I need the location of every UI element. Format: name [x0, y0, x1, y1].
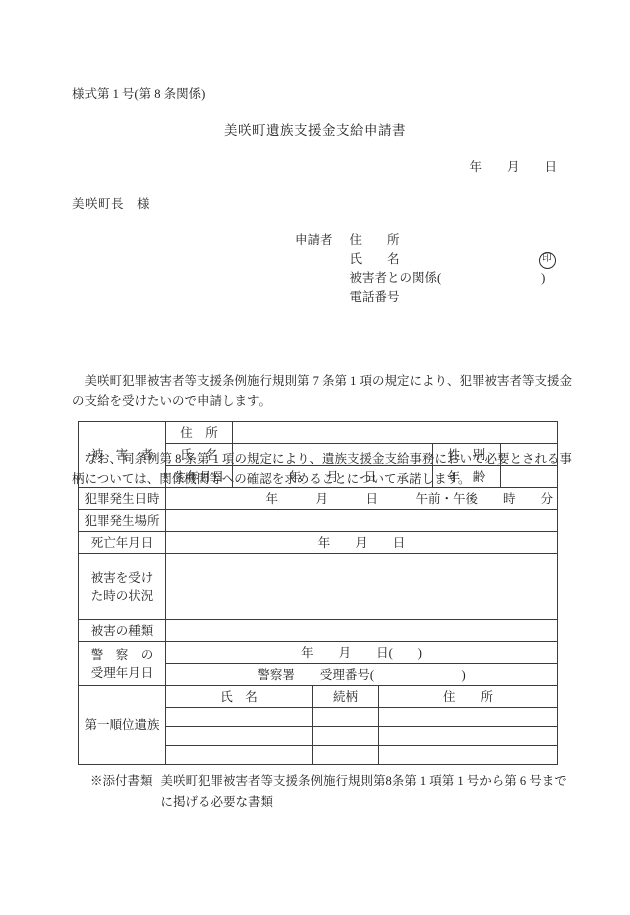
damage-type-value-cell — [166, 620, 558, 642]
bereaved-label-cell: 第一順位遺族 — [79, 686, 166, 765]
footnote-label: ※添付書類 — [90, 771, 153, 812]
applicant-name-row: 氏 名 印 — [350, 250, 556, 269]
page-title: 美咲町遺族支援金支給申請書 — [0, 119, 630, 139]
applicant-address-label: 住 所 — [350, 231, 556, 250]
applicant-block: 申請者 住 所 氏 名 印 被害者との関係( ) 電話番号 — [295, 231, 556, 307]
bereaved-address-cell — [379, 708, 558, 727]
police-receipt-label-cell: 警 察 の 受理年月日 — [79, 642, 166, 686]
death-date-label-cell: 死亡年月日 — [79, 532, 166, 554]
victim-sex-value-cell — [501, 444, 558, 466]
crime-datetime-value-cell: 年 月 日 午前・午後 時 分 — [166, 488, 558, 510]
bereaved-address-header-cell: 住 所 — [379, 686, 558, 708]
victim-birth-label-cell: 生年月日 — [166, 466, 233, 488]
form-number: 様式第 1 号(第 8 条関係) — [72, 84, 205, 102]
victim-address-value-cell — [233, 422, 558, 444]
bereaved-name-cell — [166, 746, 313, 765]
footnote-text: 美咲町犯罪被害者等支援条例施行規則第8条第 1 項第 1 号から第 6 号まで … — [161, 771, 567, 812]
situation-value-cell — [166, 554, 558, 620]
bereaved-relation-cell — [313, 727, 379, 746]
applicant-name-label: 氏 名 — [350, 250, 400, 269]
victim-name-label-cell: 氏 名 — [166, 444, 233, 466]
applicant-lines: 住 所 氏 名 印 被害者との関係( ) 電話番号 — [350, 231, 556, 307]
situation-label-cell: 被害を受け た時の状況 — [79, 554, 166, 620]
bereaved-name-header-cell: 氏 名 — [166, 686, 313, 708]
crime-datetime-label-cell: 犯罪発生日時 — [79, 488, 166, 510]
victim-label-cell: 被 害 者 — [79, 422, 166, 488]
body-paragraph-1: 美咲町犯罪被害者等支援条例施行規則第 7 条第 1 項の規定により、犯罪被害者等… — [72, 372, 577, 411]
bereaved-relation-cell — [313, 708, 379, 727]
date-line: 年 月 日 — [0, 157, 557, 175]
victim-age-value-cell — [501, 466, 558, 488]
bereaved-name-cell — [166, 727, 313, 746]
victim-sex-label-cell: 性 別 — [433, 444, 501, 466]
bereaved-address-cell — [379, 727, 558, 746]
seal-stamp-icon: 印 — [539, 252, 556, 269]
police-receipt-office-cell: 警察署 受理番号( ) — [166, 664, 558, 686]
victim-name-value-cell — [233, 444, 433, 466]
crime-place-value-cell — [166, 510, 558, 532]
bereaved-relation-cell — [313, 746, 379, 765]
victim-address-label-cell: 住 所 — [166, 422, 233, 444]
application-table: 被 害 者 住 所 氏 名 性 別 生年月日 年 月 日 年 齢 — [78, 421, 558, 765]
footnote: ※添付書類 美咲町犯罪被害者等支援条例施行規則第8条第 1 項第 1 号から第 … — [90, 771, 567, 812]
bereaved-relation-header-cell: 続柄 — [313, 686, 379, 708]
death-date-value-cell: 年 月 日 — [166, 532, 558, 554]
application-form-page: 様式第 1 号(第 8 条関係) 美咲町遺族支援金支給申請書 年 月 日 美咲町… — [0, 0, 630, 915]
addressee: 美咲町長 様 — [72, 194, 150, 212]
crime-place-label-cell: 犯罪発生場所 — [79, 510, 166, 532]
victim-age-label-cell: 年 齢 — [433, 466, 501, 488]
applicant-relation-label: 被害者との関係( ) — [350, 269, 556, 288]
applicant-phone-label: 電話番号 — [350, 288, 556, 307]
victim-birth-value-cell: 年 月 日 — [233, 466, 433, 488]
bereaved-name-cell — [166, 708, 313, 727]
bereaved-address-cell — [379, 746, 558, 765]
damage-type-label-cell: 被害の種類 — [79, 620, 166, 642]
applicant-label: 申請者 — [295, 231, 333, 307]
police-receipt-date-cell: 年 月 日( ) — [166, 642, 558, 664]
